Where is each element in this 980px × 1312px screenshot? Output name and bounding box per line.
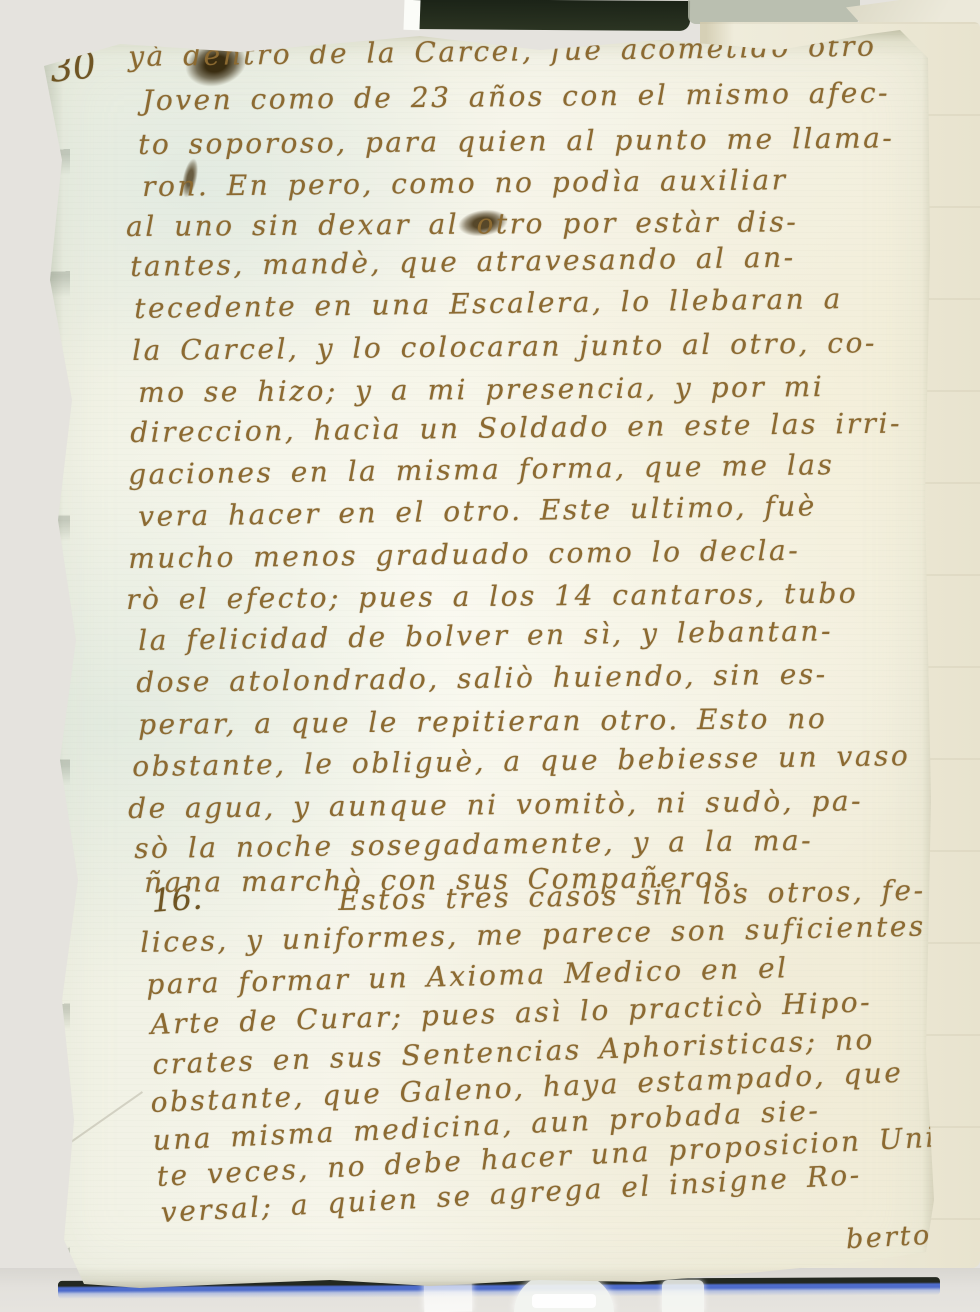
left-deckle-shading	[40, 28, 70, 1294]
dark-background-gap	[408, 0, 690, 31]
manuscript-line: tantes, mandè, que atravesando al an-	[130, 241, 796, 283]
manuscript-line: vera hacer en el otro. Este ultimo, fuè	[138, 489, 817, 533]
manuscript-line: to soporoso, para quien al punto me llam…	[138, 121, 894, 161]
paper-sliver	[403, 0, 420, 30]
scanned-manuscript-view: 30 16. yà dentro de la Carcel, fuè acome…	[0, 0, 980, 1312]
manuscript-line: lices, y uniformes, me parece son sufici…	[140, 910, 926, 959]
manuscript-line: direccion, hacìa un Soldado en este las …	[130, 407, 902, 449]
manuscript-line: sò la noche sosegadamente, y a la ma-	[134, 824, 813, 865]
manuscript-line: rò el efecto; pues a los 14 cantaros, tu…	[126, 577, 858, 616]
manuscript-page: 30 16. yà dentro de la Carcel, fuè acome…	[40, 28, 940, 1294]
manuscript-line: la Carcel, y lo colocaran junto al otro,…	[132, 326, 877, 367]
manuscript-line: tecedente en una Escalera, lo llebaran a	[134, 282, 843, 325]
manuscript-line: ron. En pero, como no podìa auxiliar	[142, 163, 788, 203]
catchword: berto	[845, 1220, 932, 1255]
manuscript-line: Joven como de 23 años con el mismo afec-	[142, 76, 890, 117]
manuscript-line: dose atolondrado, saliò huiendo, sin es-	[136, 658, 828, 699]
manuscript-line: gaciones en la misma forma, que me las	[128, 448, 835, 491]
manuscript-line: obstante, le obliguè, a que bebiesse un …	[132, 739, 910, 783]
manuscript-line: al uno sin dexar al otro por estàr dis-	[126, 205, 798, 243]
manuscript-line: perar, a que le repitieran otro. Esto no	[138, 702, 827, 741]
page-number-margin: 30	[48, 45, 98, 91]
manuscript-line: de agua, y aunque ni vomitò, ni sudò, pa…	[128, 784, 863, 825]
paper-crease	[19, 1091, 143, 1179]
manuscript-line: la felicidad de bolver en sì, y lebantan…	[138, 614, 833, 657]
manuscript-line: mucho menos graduado como lo decla-	[128, 534, 800, 575]
manuscript-line: mo se hizo; y a mi presencia, y por mi	[138, 370, 824, 409]
page-holder-clip-right	[662, 1280, 704, 1312]
background-strip	[688, 0, 860, 24]
